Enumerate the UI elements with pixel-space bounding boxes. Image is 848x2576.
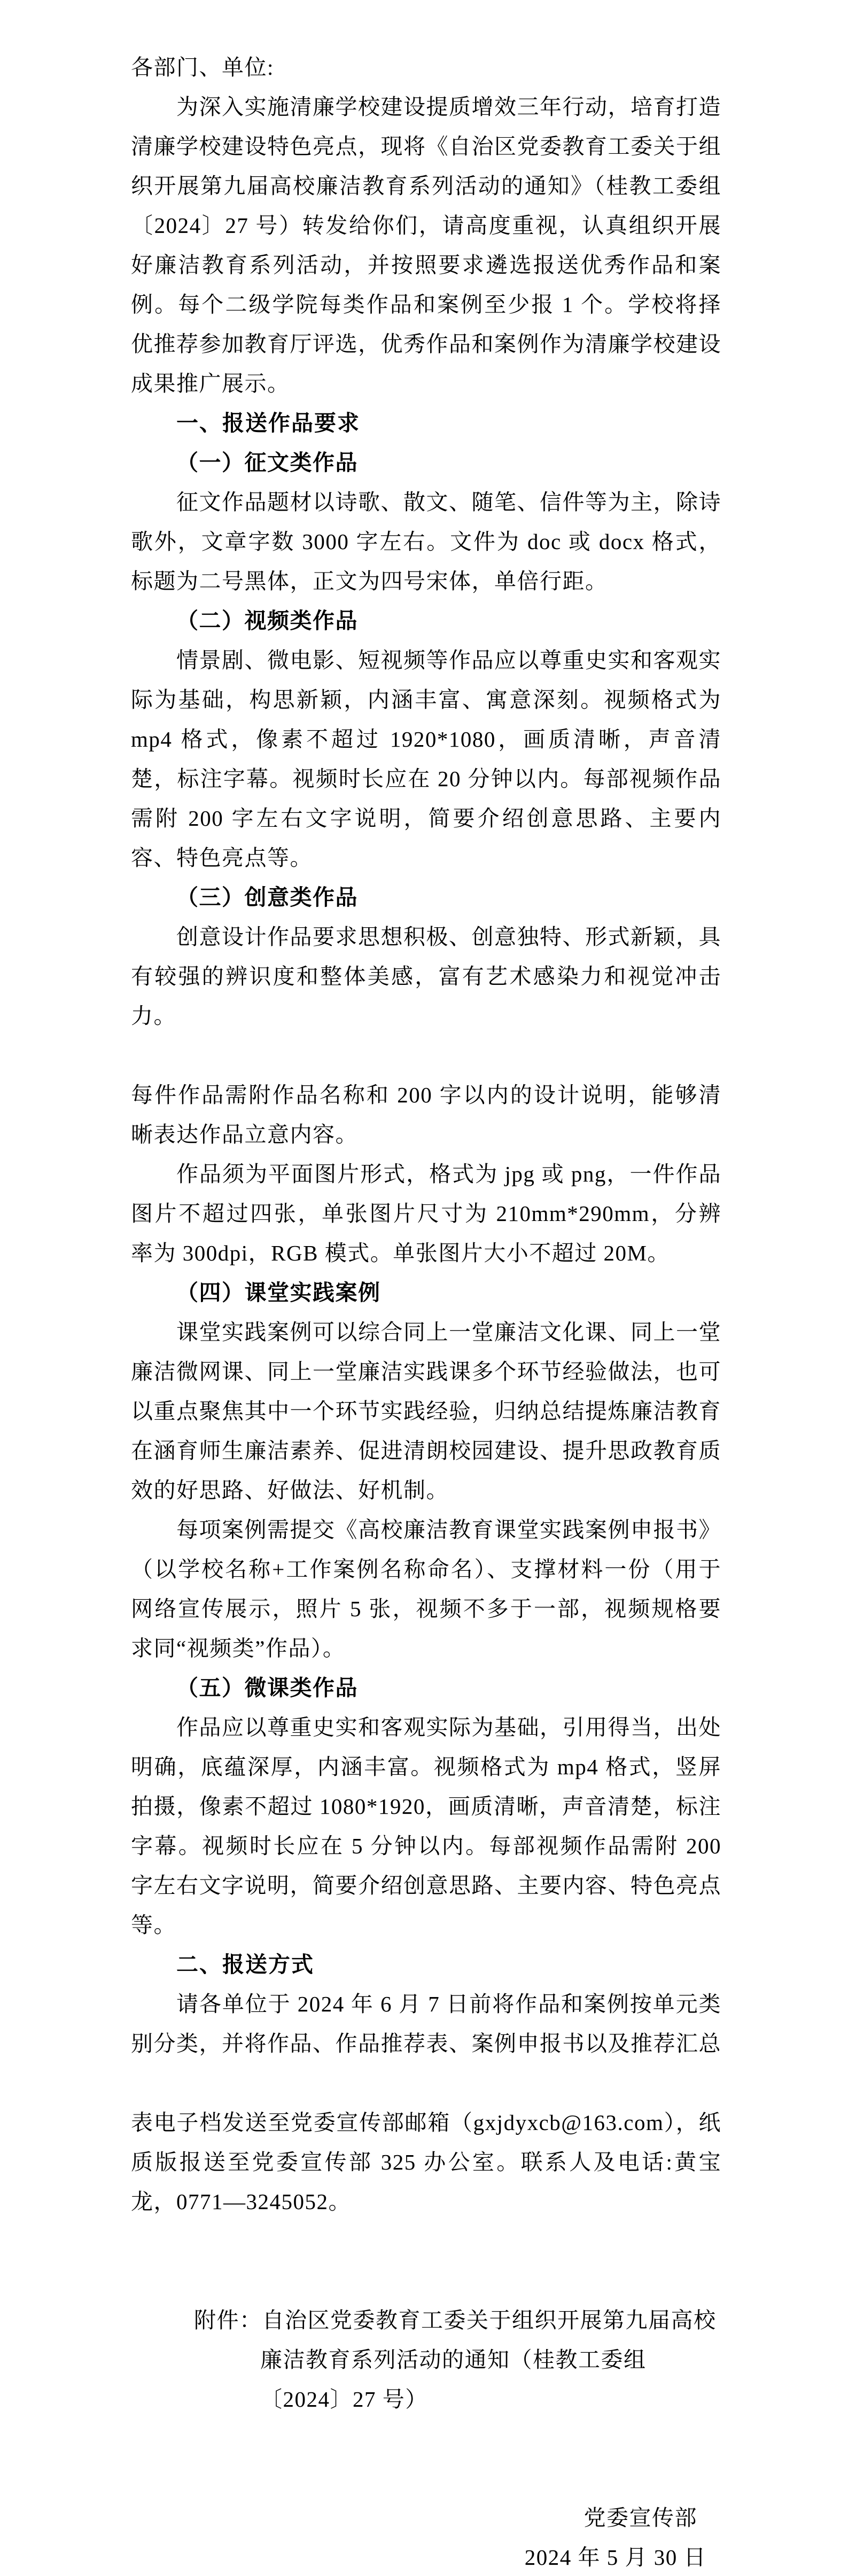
section1-sub5-heading: （五）微课类作品 [131, 1668, 721, 1708]
section2-paragraph-1: 请各单位于 2024 年 6 月 7 日前将作品和案例按单元类别分类，并将作品、… [131, 1984, 721, 2063]
section1-sub4-paragraph-1: 课堂实践案例可以综合同上一堂廉洁文化课、同上一堂廉洁微网课、同上一堂廉洁实践课多… [131, 1312, 721, 1510]
section1-sub2-paragraph: 情景剧、微电影、短视频等作品应以尊重史实和客观实际为基础，构思新颖，内涵丰富、寓… [131, 640, 721, 878]
blank-lines [131, 2419, 721, 2498]
section1-sub1-paragraph: 征文作品题材以诗歌、散文、随笔、信件等为主，除诗歌外，文章字数 3000 字左右… [131, 482, 721, 601]
attachment-text: 自治区党委教育工委关于组织开展第九届高校廉洁教育系列活动的通知（桂教工委组〔20… [260, 2308, 717, 2411]
signature-department: 党委宣传部 [131, 2498, 721, 2538]
section2-heading: 二、报送方式 [131, 1945, 721, 1984]
signature-date: 2024 年 5 月 30 日 [131, 2538, 721, 2576]
section1-sub1-heading: （一）征文类作品 [131, 443, 721, 482]
section1-sub4-heading: （四）课堂实践案例 [131, 1273, 721, 1312]
section1-sub3-paragraph-2: 每件作品需附作品名称和 200 字以内的设计说明，能够清晰表达作品立意内容。 [131, 1075, 721, 1154]
blank-line [131, 2063, 721, 2103]
document-body: 各部门、单位: 为深入实施清廉学校建设提质增效三年行动，培育打造清廉学校建设特色… [0, 0, 848, 2576]
section1-sub4-paragraph-2: 每项案例需提交《高校廉洁教育课堂实践案例申报书》（以学校名称+工作案例名称命名）… [131, 1510, 721, 1668]
section2-paragraph-2: 表电子档发送至党委宣传部邮箱（gxjdyxcb@163.com），纸质版报送至党… [131, 2103, 721, 2221]
section1-sub3-heading: （三）创意类作品 [131, 878, 721, 917]
section1-sub3-paragraph-1: 创意设计作品要求思想积极、创意独特、形式新颖，具有较强的辨识度和整体美感，富有艺… [131, 917, 721, 1036]
section1-sub2-heading: （二）视频类作品 [131, 601, 721, 640]
blank-line [131, 1036, 721, 1075]
salutation-line: 各部门、单位: [131, 48, 721, 87]
intro-paragraph: 为深入实施清廉学校建设提质增效三年行动，培育打造清廉学校建设特色亮点，现将《自治… [131, 87, 721, 403]
document-page: 各部门、单位: 为深入实施清廉学校建设提质增效三年行动，培育打造清廉学校建设特色… [0, 0, 848, 2576]
section1-sub5-paragraph: 作品应以尊重史实和客观实际为基础，引用得当，出处明确，底蕴深厚，内涵丰富。视频格… [131, 1708, 721, 1945]
attachment-note: 附件：自治区党委教育工委关于组织开展第九届高校廉洁教育系列活动的通知（桂教工委组… [131, 2300, 721, 2419]
blank-lines [131, 2221, 721, 2300]
section1-sub3-paragraph-3: 作品须为平面图片形式，格式为 jpg 或 png，一件作品图片不超过四张，单张图… [131, 1154, 721, 1273]
section1-heading: 一、报送作品要求 [131, 403, 721, 443]
attachment-label: 附件： [194, 2308, 262, 2332]
